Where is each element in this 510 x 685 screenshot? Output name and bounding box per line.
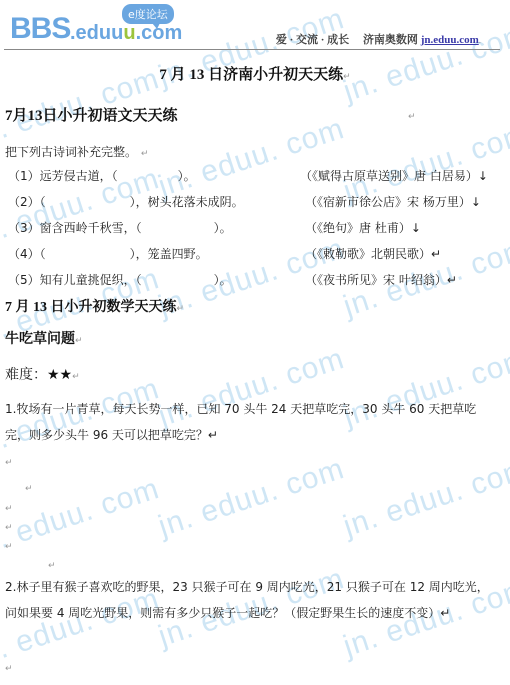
- site-name: 济南奥数网: [363, 34, 418, 46]
- difficulty-rating: 难度：★★↵: [5, 364, 80, 384]
- paragraph-mark-icon: ↵: [72, 372, 80, 382]
- poem-source-5: （《夜书所见》宋 叶绍翁）↵: [305, 271, 457, 288]
- poem-item-4: （4）（ ），笼盖四野。: [8, 245, 208, 262]
- poem-source-4: （《敕勒歌》北朝民歌）↵: [305, 245, 441, 262]
- document-page: BBS .eduuu.com e度论坛 爱 · 交流 · 成长 济南奥数网 jn…: [0, 0, 510, 685]
- logo-bbs-text: BBS: [10, 12, 70, 46]
- paragraph-mark-icon: ↵: [5, 458, 13, 468]
- math-problem-1: 1.牧场有一片青草，每天长势一样，已知 70 头牛 24 天把草吃完，30 头牛…: [5, 396, 500, 448]
- paragraph-mark-icon: ↵: [5, 504, 13, 514]
- header-tagline: 爱 · 交流 · 成长 济南奥数网 jn.eduu.com.: [276, 31, 481, 47]
- poem-item-3: （3）窗含西岭千秋雪，（ ）。: [8, 219, 232, 236]
- paragraph-mark-icon: ↵: [177, 303, 185, 313]
- problem-type-heading: 牛吃草问题↵: [5, 328, 83, 348]
- math-section-heading: 7 月 13 日小升初数学天天练↵: [5, 296, 184, 316]
- poem-source-2: （《宿新市徐公店》宋 杨万里）↓: [305, 193, 481, 210]
- poem-source-3: （《绝句》唐 杜甫）↓: [305, 219, 421, 236]
- poem-source-1: （《赋得古原草送别》唐 白居易）↓: [300, 167, 488, 184]
- forum-badge: e度论坛: [122, 4, 174, 24]
- poem-item-5: （5）知有儿童挑促织，（ ）。: [8, 271, 232, 288]
- poem-item-1: （1）远芳侵古道，（ ）。: [8, 167, 196, 184]
- chinese-section-heading: 7月13日小升初语文天天练: [5, 104, 178, 125]
- paragraph-mark-icon: ↵: [408, 112, 416, 122]
- site-link[interactable]: jn.eduu.com: [421, 34, 479, 46]
- instruction-text: 把下列古诗词补充完整。 ↵: [5, 143, 148, 160]
- document-title: 7 月 13 日济南小升初天天练↵: [0, 63, 510, 84]
- paragraph-mark-icon: ↵: [5, 523, 13, 533]
- star-rating-icon: ★★: [47, 367, 72, 383]
- paragraph-mark-icon: ↵: [48, 561, 56, 571]
- paragraph-mark-icon: ↵: [343, 71, 351, 81]
- poem-item-2: （2）（ ），树头花落未成阴。: [8, 193, 244, 210]
- paragraph-mark-icon: ↵: [25, 484, 33, 494]
- paragraph-mark-icon: ↵: [5, 542, 13, 552]
- paragraph-mark-icon: ↵: [5, 664, 13, 674]
- paragraph-mark-icon: ↵: [141, 149, 149, 159]
- logo-domain-text: .eduuu.com: [70, 22, 182, 45]
- paragraph-mark-icon: ↵: [75, 336, 83, 346]
- math-problem-2: 2.林子里有猴子喜欢吃的野果，23 只猴子可在 9 周内吃光，21 只猴子可在 …: [5, 574, 500, 626]
- header-divider: [4, 49, 500, 50]
- slogan: 爱 · 交流 · 成长: [276, 34, 349, 46]
